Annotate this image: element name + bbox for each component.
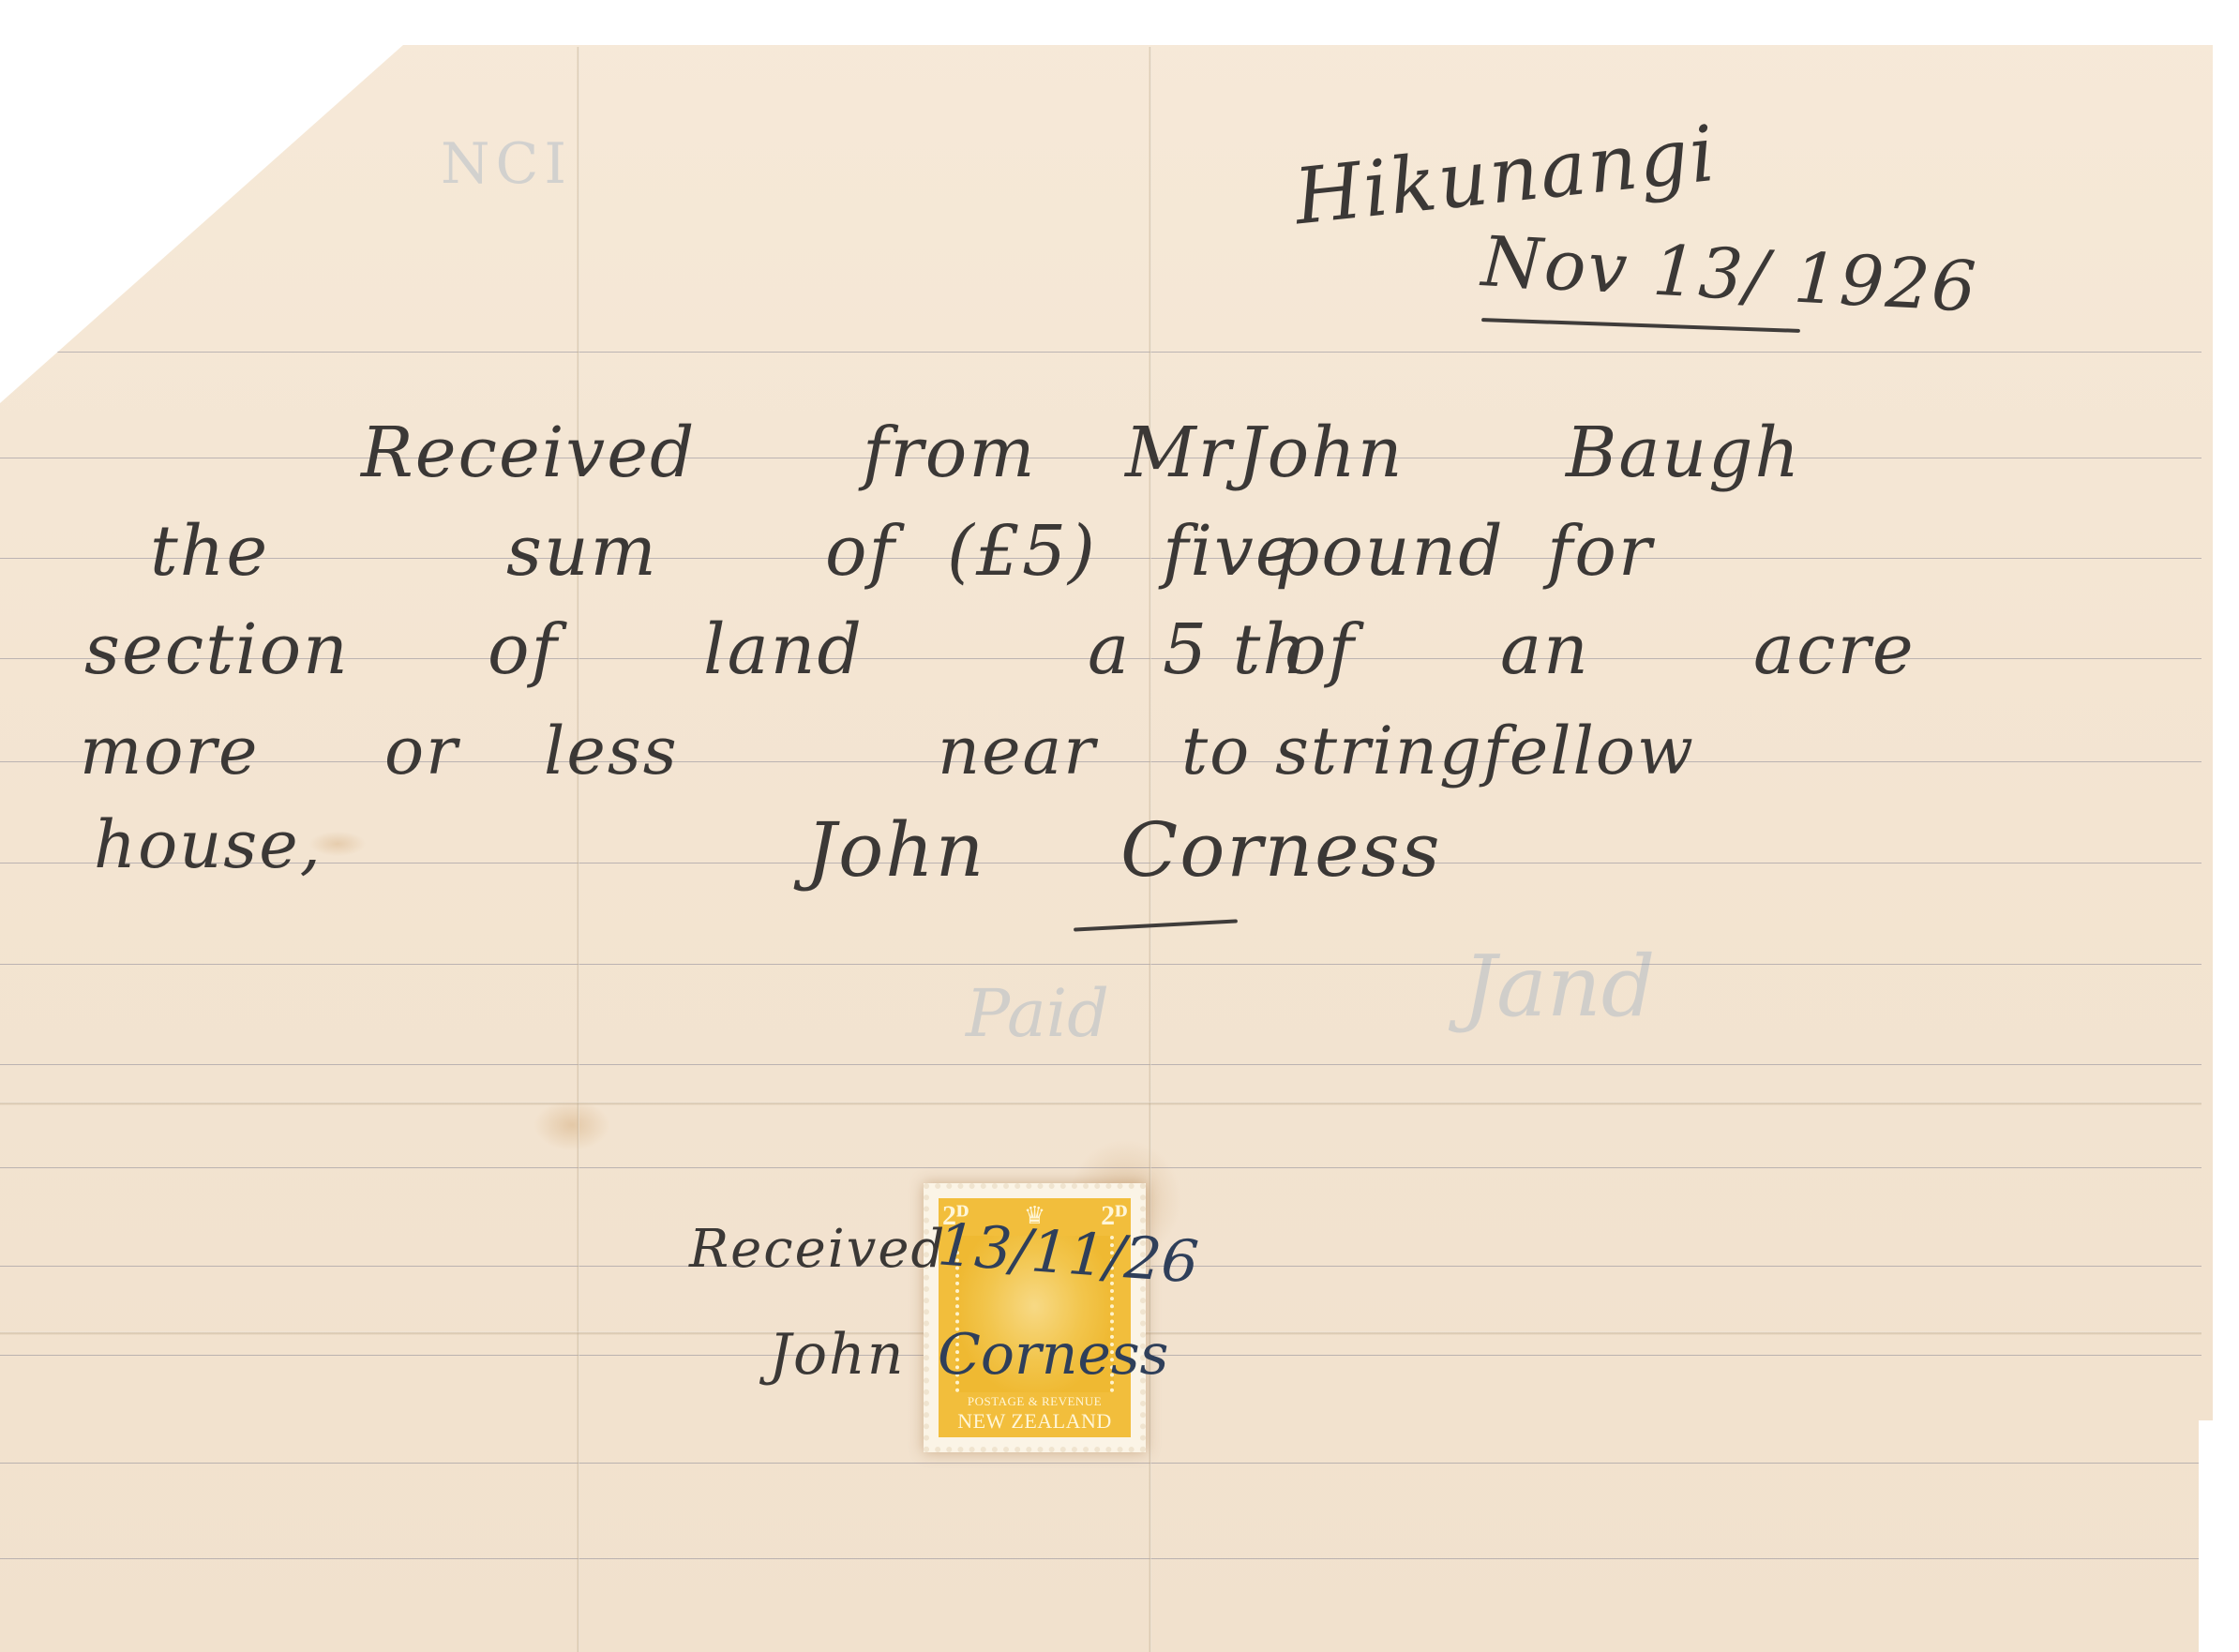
body-word: the: [150, 511, 269, 592]
date-underline: [1481, 318, 1800, 333]
body-line-3: section of land a 5 th of an acre: [0, 609, 2239, 703]
body-word: more: [80, 713, 259, 789]
body-word: of: [488, 609, 559, 690]
signature-underline: [1074, 919, 1238, 931]
stamp-caption: POSTAGE & REVENUE: [939, 1394, 1131, 1409]
body-line-1: Received from Mr John Baugh: [0, 413, 2239, 506]
body-word: (£5): [947, 511, 1097, 592]
body-word: less: [544, 713, 679, 789]
body-word: for: [1547, 511, 1653, 592]
bleed-through-text: Paid: [966, 975, 1109, 1052]
body-word: of: [1285, 609, 1356, 690]
body-word: to: [1181, 713, 1251, 789]
body-word: or: [384, 713, 459, 789]
bleed-through-text: Jand: [1463, 938, 1655, 1036]
body-word: house,: [94, 806, 323, 883]
body-word: pound: [1275, 511, 1505, 592]
ruled-line: [0, 1558, 2201, 1559]
annotation-signature-last: Corness: [938, 1322, 1168, 1388]
body-word: stringfellow: [1275, 713, 1695, 789]
stamp-country: NEW ZEALAND: [939, 1409, 1131, 1437]
body-word: a: [1088, 609, 1131, 690]
body-word: of: [825, 511, 896, 592]
body-line-5: house,: [0, 806, 2239, 900]
body-word: John: [1238, 413, 1405, 493]
body-word: from: [863, 413, 1036, 493]
annotation-signature-first: John: [769, 1322, 905, 1388]
body-word: sum: [506, 511, 658, 592]
bleed-through-text: NCI: [441, 131, 572, 197]
body-word: land: [703, 609, 864, 690]
body-word: Baugh: [1566, 413, 1801, 493]
annotation-received-label: Received: [689, 1219, 946, 1280]
document-date: Nov 13/ 1926: [1480, 221, 1979, 328]
body-word: Mr: [1125, 413, 1233, 493]
ruled-line: [0, 1463, 2201, 1464]
body-line-2: the sum of (£5) five pound for: [0, 511, 2239, 605]
receipt-paper: NCI Paid Jand Hikunangi Nov 13/ 1926 Rec…: [0, 0, 2239, 1652]
body-word: near: [938, 713, 1097, 789]
ruled-line: [0, 1064, 2201, 1065]
signature-first-name: John: [806, 806, 985, 894]
body-word: section: [84, 609, 350, 690]
body-word: an: [1500, 609, 1590, 690]
fold-crease: [0, 1102, 2201, 1105]
ruled-line: [56, 352, 2201, 353]
body-word: acre: [1753, 609, 1916, 690]
body-word: Received: [361, 413, 696, 493]
ruled-line: [0, 964, 2201, 965]
signature-last-name: Corness: [1120, 806, 1442, 894]
ruled-line: [0, 1167, 2201, 1168]
body-line-4: more or less near to stringfellow: [0, 713, 2239, 806]
